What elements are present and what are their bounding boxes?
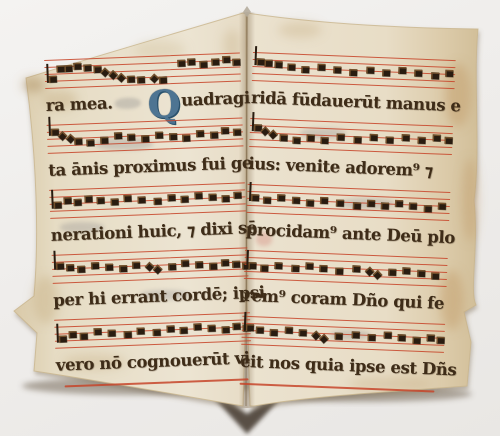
neume-square	[402, 267, 410, 274]
neume-square	[398, 67, 406, 74]
neume-square	[195, 261, 203, 268]
neume-square	[337, 133, 345, 140]
neume-square	[110, 198, 118, 205]
neume-square	[423, 205, 431, 212]
neume-square	[141, 135, 149, 142]
neume-square	[388, 269, 396, 276]
neume-square	[53, 201, 61, 208]
neume-square	[277, 194, 285, 201]
neume-square	[305, 262, 313, 269]
neume-square	[127, 76, 135, 83]
neume-square	[335, 267, 343, 274]
neume-square	[123, 331, 131, 338]
neume-square	[385, 136, 393, 143]
neume-square	[351, 331, 359, 338]
neume-square	[80, 333, 88, 340]
neume-square	[349, 69, 357, 76]
neume-square	[137, 327, 145, 334]
neume-square	[100, 137, 108, 144]
illuminated-initial-Q: Q	[147, 91, 181, 118]
neume-square	[291, 265, 299, 272]
neume-square	[426, 334, 434, 341]
neume-square	[412, 337, 420, 344]
neume-square	[193, 323, 201, 330]
neume-square	[119, 265, 127, 272]
neume-square	[85, 195, 93, 202]
neume-square	[107, 329, 115, 336]
neume-square	[68, 331, 76, 338]
neume-square	[74, 63, 82, 70]
neume-square	[395, 200, 403, 207]
neume-square	[132, 261, 140, 268]
neume-square	[369, 134, 377, 141]
neume-square	[333, 66, 341, 73]
neume-square	[221, 326, 229, 333]
neume-square	[336, 199, 344, 206]
neume-square	[382, 69, 390, 76]
neume-square	[124, 195, 132, 202]
neume-square	[445, 70, 453, 77]
neume-square	[444, 137, 452, 144]
neume-square	[182, 134, 190, 141]
neume-square	[86, 139, 94, 146]
chant-text-segment: uadragi	[181, 88, 250, 110]
neume-square	[137, 76, 145, 83]
photograph-of-antiphonal-bifolium: ra mea.Quadragi ta ānis proximus fui ge …	[0, 0, 500, 436]
right-page-content: ridā fūdauerūt manus e ius: venite adore…	[240, 50, 456, 392]
neume-square	[320, 137, 328, 144]
chant-text-left-4: vero nō cognouerūt vi	[55, 344, 252, 383]
neume-square	[246, 324, 254, 331]
neume-square	[436, 337, 444, 344]
chant-text-segment: ra mea.	[45, 93, 112, 115]
neume-square	[199, 61, 207, 68]
neume-square	[275, 61, 283, 68]
neume-square	[234, 192, 242, 199]
neume-square	[256, 326, 264, 333]
neume-square	[196, 130, 204, 137]
neume-square	[153, 198, 161, 205]
neume-diamond	[319, 334, 329, 344]
neume-square	[301, 66, 309, 73]
left-page-content: ra mea.Quadragi ta ānis proximus fui ge …	[44, 50, 253, 387]
neume-square	[409, 202, 417, 209]
neume-square	[256, 58, 264, 65]
neume-square	[335, 333, 343, 340]
neume-square	[432, 134, 440, 141]
neume-square	[275, 262, 283, 269]
neume-square	[221, 127, 229, 134]
neume-square	[431, 72, 439, 79]
neume-square	[367, 334, 375, 341]
neume-square	[77, 266, 85, 273]
neume-square	[210, 131, 218, 138]
neume-square	[49, 76, 57, 83]
neume-square	[209, 263, 217, 270]
neume-square	[298, 329, 306, 336]
neume-square	[208, 193, 216, 200]
neume-square	[222, 195, 230, 202]
neume-square	[306, 134, 314, 141]
neume-square	[352, 202, 360, 209]
neume-square	[64, 65, 72, 72]
neume-square	[73, 199, 81, 206]
neume-square	[168, 263, 176, 270]
neume-square	[194, 192, 202, 199]
neume-square	[232, 261, 240, 268]
neume-square	[180, 327, 188, 334]
neume-square	[207, 325, 215, 332]
neume-square	[220, 259, 228, 266]
show-through-stain	[114, 97, 140, 109]
neume-square	[155, 131, 163, 138]
neume-square	[414, 70, 422, 77]
neume-square	[367, 200, 375, 207]
neume-square	[166, 325, 174, 332]
neume-square	[366, 67, 374, 74]
neume-square	[56, 262, 64, 269]
neume-square	[222, 56, 230, 63]
neume-square	[352, 265, 360, 272]
neume-square	[270, 329, 278, 336]
neume-square	[96, 197, 104, 204]
neume-square	[187, 58, 195, 65]
neume-square	[398, 334, 406, 341]
neume-square	[75, 138, 83, 145]
neume-square	[177, 60, 185, 67]
neume-square	[418, 137, 426, 144]
neume-square	[319, 265, 327, 272]
neume-square	[168, 133, 176, 140]
neume-square	[59, 335, 67, 342]
neume-square	[438, 203, 446, 210]
neume-square	[66, 264, 74, 271]
neume-square	[353, 136, 361, 143]
neume-square	[83, 64, 91, 71]
neume-square	[402, 134, 410, 141]
chant-text-right-4: cit nos quia ipse est Dñs	[240, 348, 444, 388]
neume-square	[287, 63, 295, 70]
neume-square	[306, 199, 314, 206]
neume-square	[265, 59, 273, 66]
neume-square	[181, 260, 189, 267]
neume-square	[263, 197, 271, 204]
neume-square	[105, 264, 113, 271]
neume-square	[284, 326, 292, 333]
neume-square	[233, 128, 241, 135]
neume-square	[127, 134, 135, 141]
neume-square	[260, 264, 268, 271]
neume-square	[211, 58, 219, 65]
neume-square	[94, 328, 102, 335]
neume-square	[181, 196, 189, 203]
neume-square	[320, 197, 328, 204]
neume-square	[431, 272, 439, 279]
neume-square	[292, 137, 300, 144]
neume-square	[152, 329, 160, 336]
neume-square	[233, 323, 241, 330]
neume-square	[63, 197, 71, 204]
neume-square	[251, 194, 259, 201]
neume-square	[114, 132, 122, 139]
neume-square	[417, 270, 425, 277]
neume-square	[384, 331, 392, 338]
neume-diamond	[268, 129, 278, 139]
neume-square	[138, 196, 146, 203]
neume-square	[248, 262, 256, 269]
neume-square	[167, 194, 175, 201]
neume-square	[280, 134, 288, 141]
neume-square	[232, 58, 240, 65]
neume-square	[317, 64, 325, 71]
neume-square	[381, 202, 389, 209]
neume-square	[292, 197, 300, 204]
neume-square	[91, 262, 99, 269]
